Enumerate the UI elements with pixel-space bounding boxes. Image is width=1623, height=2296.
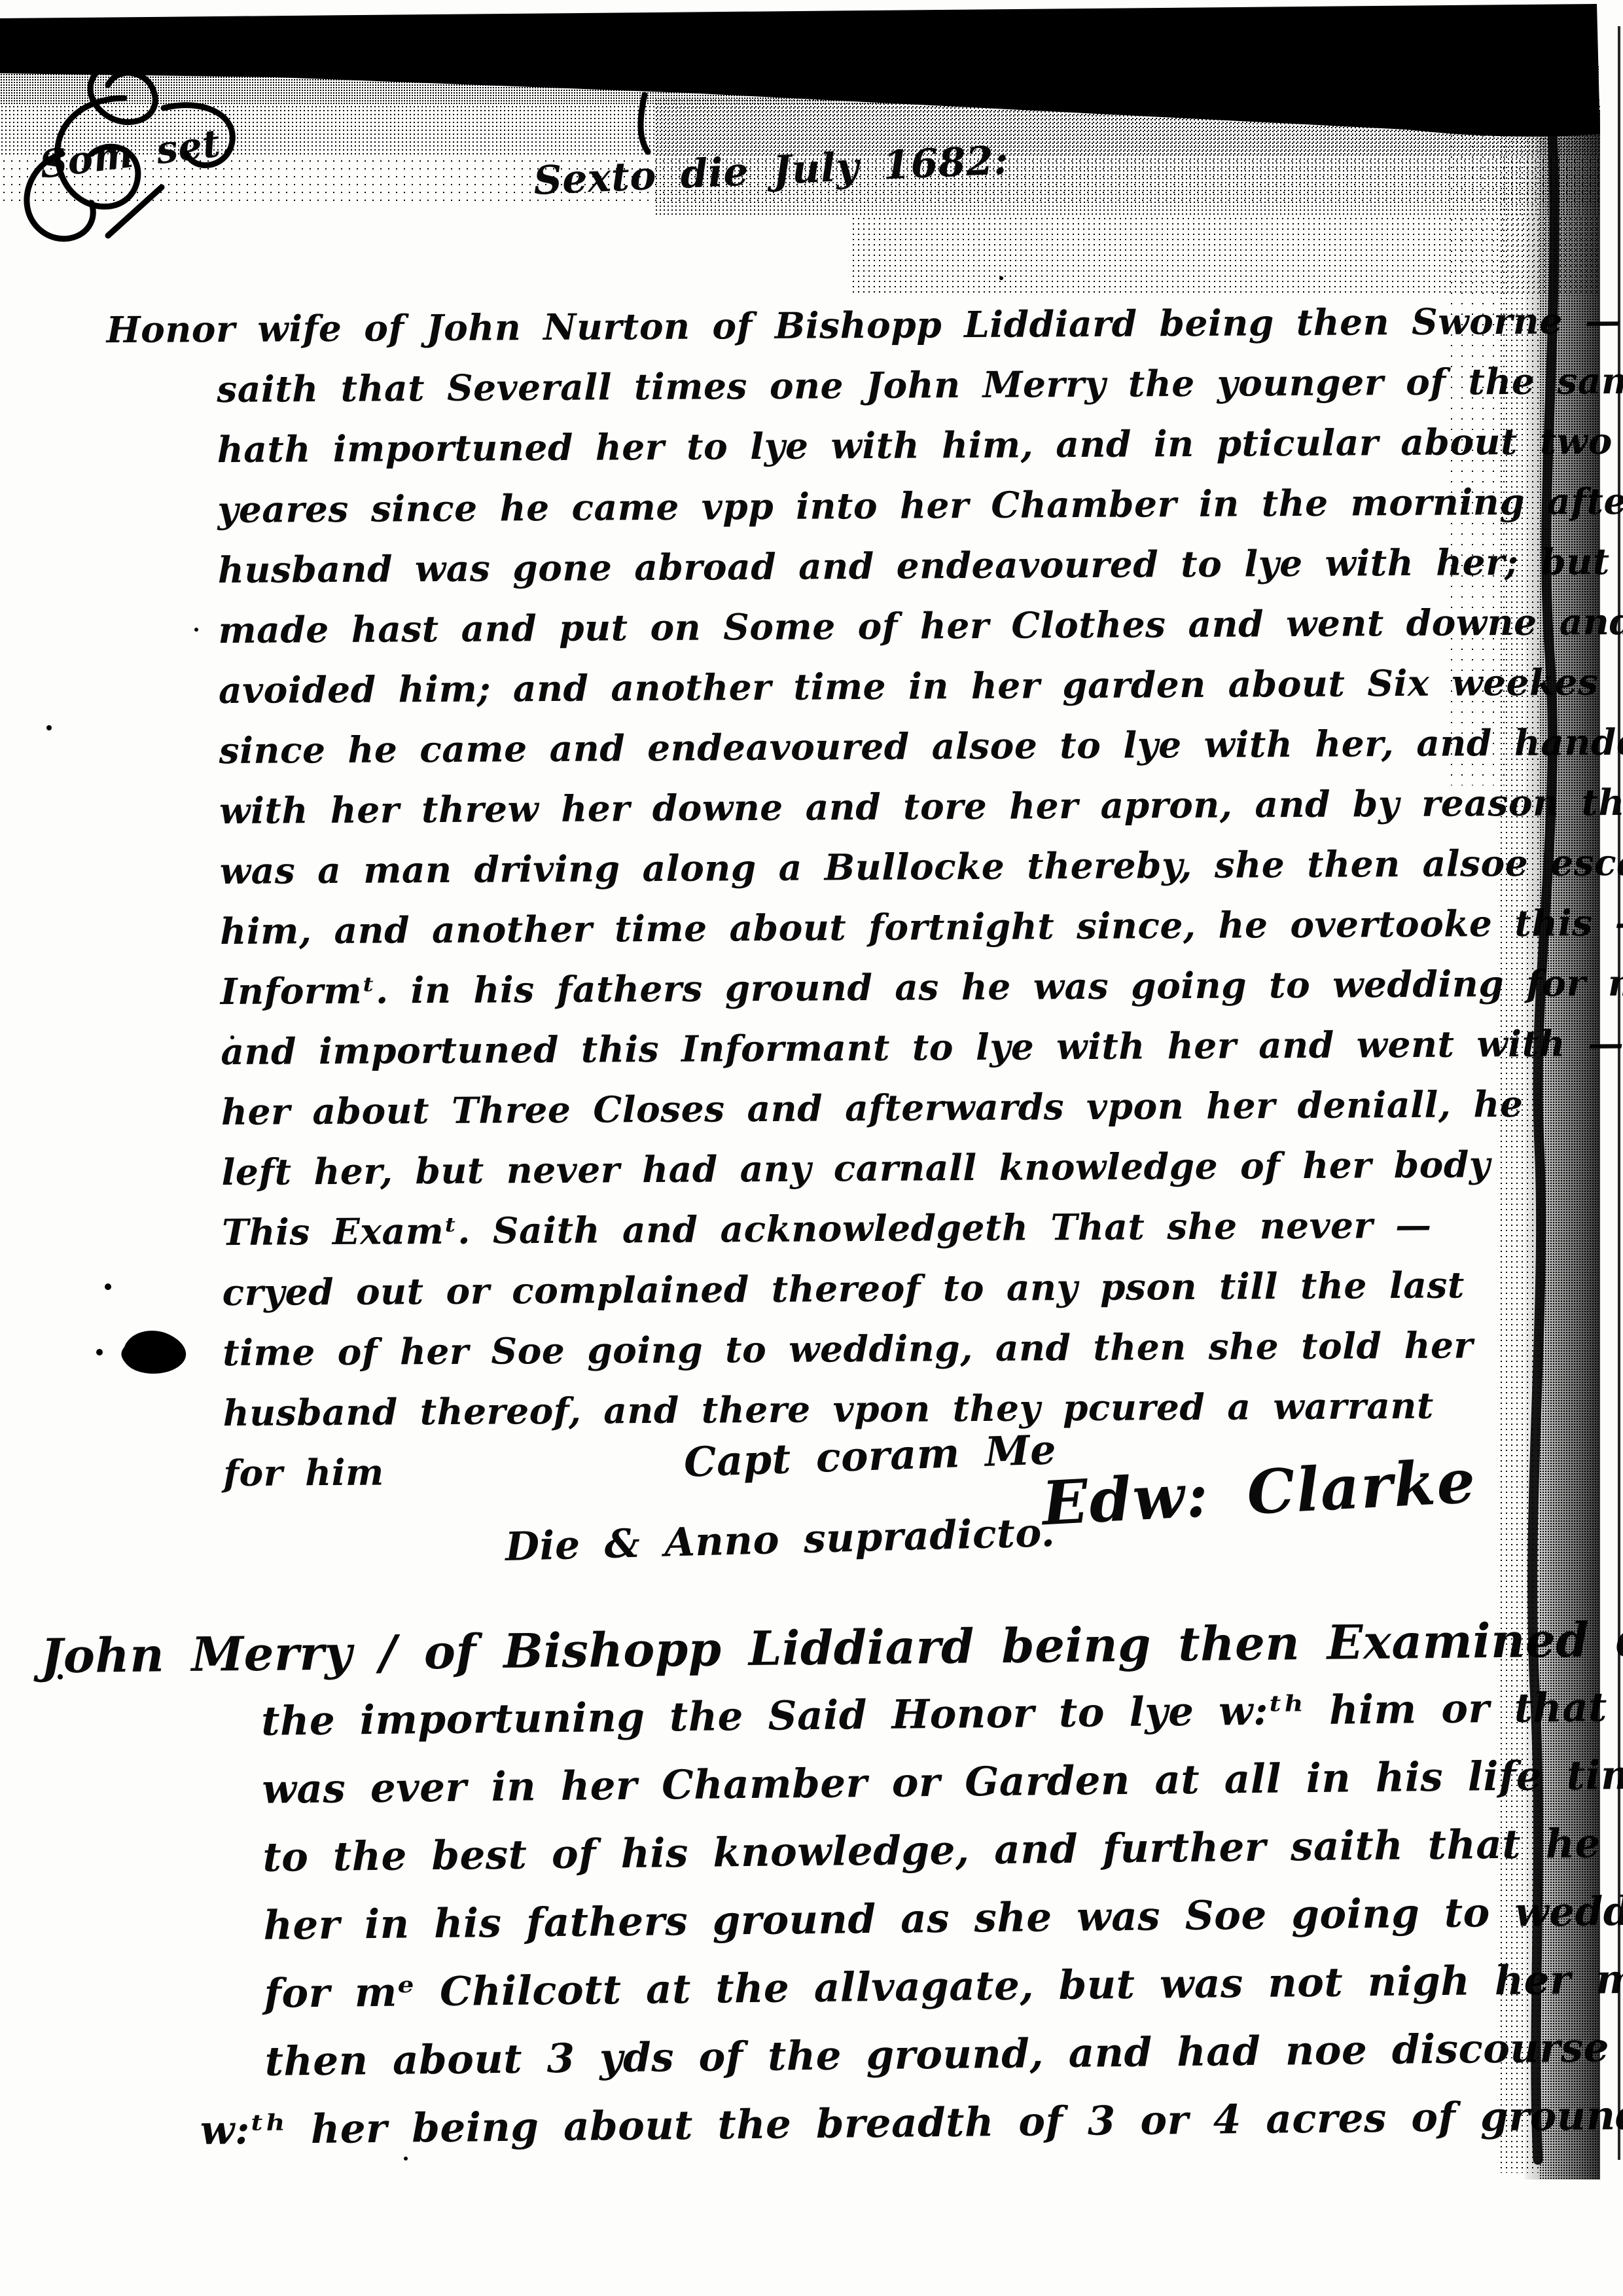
scan-edge-top-band (0, 4, 1600, 137)
ink-blot (96, 1283, 186, 1374)
manuscript-scan-page: Som set. Sexto die July 1682: Honor wife… (0, 0, 1623, 2296)
stray-specks (46, 276, 1003, 2161)
paper-crease-line (1533, 131, 1554, 2160)
scan-artifact-overlay (0, 0, 1623, 2296)
scanner-edge-line (1618, 26, 1620, 2160)
